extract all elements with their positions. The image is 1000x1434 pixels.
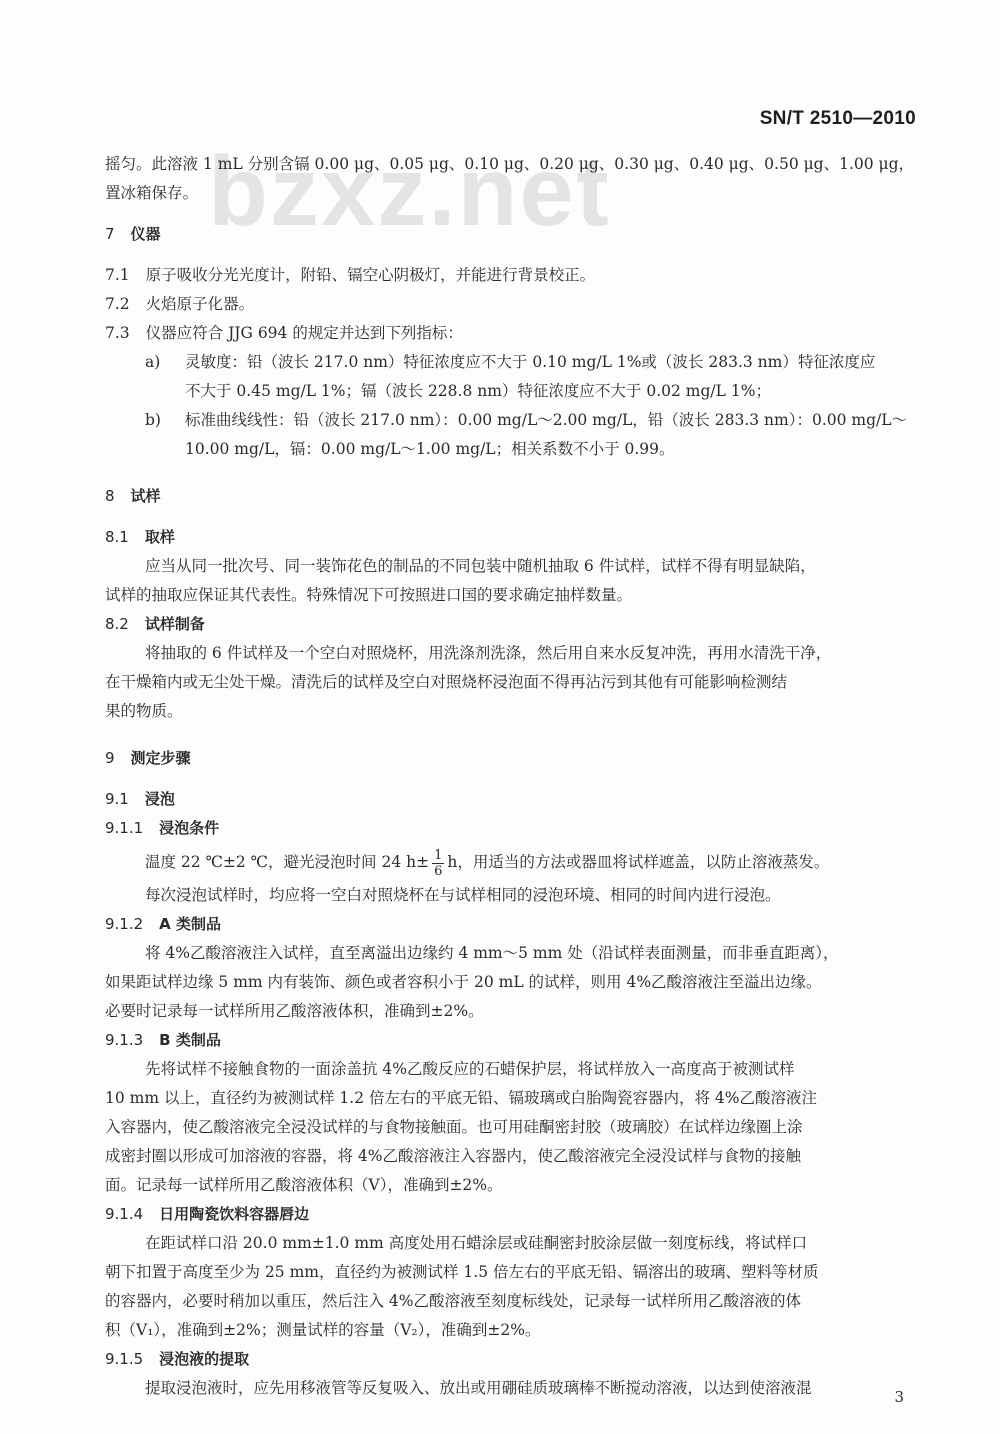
clause-7-3: 7.3仪器应符合 JJG 694 的规定并达到下列指标： (105, 319, 915, 348)
clause-9-1-5-heading: 9.1.5浸泡液的提取 (105, 1345, 915, 1374)
clause-7-2: 7.2火焰原子化器。 (105, 290, 915, 319)
text-line: 积（V₁），准确到±2%；测量试样的容量（V₂），准确到±2%。 (105, 1316, 915, 1345)
clause-9-1-4-heading: 9.1.4日用陶瓷饮料容器唇边 (105, 1200, 915, 1229)
text-line: 在干燥箱内或无尘处干燥。清洗后的试样及空白对照烧杯浸泡面不得再沾污到其他有可能影… (105, 668, 915, 697)
text-line: 置冰箱保存。 (105, 179, 915, 208)
clause-9-1-2-heading: 9.1.2A 类制品 (105, 910, 915, 939)
text-line: 不大于 0.45 mg/L 1%；镉（波长 228.8 nm）特征浓度应不大于 … (185, 377, 875, 406)
standard-code: SN/T 2510—2010 (760, 108, 916, 130)
document-page: SN/T 2510—2010 bzxz.net 摇匀。此溶液 1 mL 分别含镉… (0, 0, 1000, 1434)
section-7-heading: 7仪器 (105, 220, 915, 249)
text-line: 成密封圈以形成可加溶液的容器，将 4%乙酸溶液注入容器内，使乙酸溶液完全浸没试样… (105, 1142, 915, 1171)
text-line: 朝下扣置于高度至少为 25 mm，直径约为被测试样 1.5 倍左右的平底无铅、镉… (105, 1258, 915, 1287)
text-line: 提取浸泡液时，应先用移液管等反复吸入、放出或用硼硅质玻璃棒不断搅动溶液，以达到使… (105, 1374, 915, 1403)
text-line: 将抽取的 6 件试样及一个空白对照烧杯，用洗涤剂洗涤，然后用自来水反复冲洗，再用… (105, 639, 915, 668)
clause-9-1-3-heading: 9.1.3B 类制品 (105, 1026, 915, 1055)
list-item-a: a) 灵敏度：铅（波长 217.0 nm）特征浓度应不大于 0.10 mg/L … (105, 348, 915, 406)
text-line: 先将试样不接触食物的一面涂盖抗 4%乙酸反应的石蜡保护层，将试样放入一高度高于被… (105, 1055, 915, 1084)
text-line: 应当从同一批次号、同一装饰花色的制品的不同包装中随机抽取 6 件试样，试样不得有… (105, 552, 915, 581)
clause-7-1: 7.1原子吸收分光光度计，附铅、镉空心阴极灯，并能进行背景校正。 (105, 261, 915, 290)
text-line: 10.00 mg/L，镉：0.00 mg/L～1.00 mg/L；相关系数不小于… (185, 435, 907, 464)
section-9-heading: 9测定步骤 (105, 744, 915, 773)
clause-9-1-1-heading: 9.1.1浸泡条件 (105, 814, 915, 843)
text-line: 面。记录每一试样所用乙酸溶液体积（V），准确到±2%。 (105, 1171, 915, 1200)
fraction: 16 (432, 848, 444, 879)
text-line: 入容器内，使乙酸溶液完全浸没试样的与食物接触面。也可用硅酮密封胶（玻璃胶）在试样… (105, 1113, 915, 1142)
text-line: 摇匀。此溶液 1 mL 分别含镉 0.00 μg、0.05 μg、0.10 μg… (105, 150, 915, 179)
text-line: 标准曲线线性：铅（波长 217.0 nm）：0.00 mg/L～2.00 mg/… (185, 406, 907, 435)
text-line: 如果距试样边缘 5 mm 内有装饰、颜色或者容积小于 20 mL 的试样，则用 … (105, 968, 915, 997)
text-line: 灵敏度：铅（波长 217.0 nm）特征浓度应不大于 0.10 mg/L 1%或… (185, 348, 875, 377)
text-line-with-fraction: 温度 22 ℃±2 ℃，避光浸泡时间 24 h±16h，用适当的方法或器皿将试样… (105, 843, 915, 881)
text-line: 将 4%乙酸溶液注入试样，直至离溢出边缘约 4 mm～5 mm 处（沿试样表面测… (105, 939, 915, 968)
section-8-heading: 8试样 (105, 482, 915, 511)
clause-9-1-heading: 9.1浸泡 (105, 785, 915, 814)
list-item-b: b) 标准曲线线性：铅（波长 217.0 nm）：0.00 mg/L～2.00 … (105, 406, 915, 464)
text-line: 每次浸泡试样时，均应将一空白对照烧杯在与试样相同的浸泡环境、相同的时间内进行浸泡… (105, 881, 915, 910)
clause-8-2-heading: 8.2试样制备 (105, 610, 915, 639)
document-body: 摇匀。此溶液 1 mL 分别含镉 0.00 μg、0.05 μg、0.10 μg… (105, 150, 915, 1403)
clause-8-1-heading: 8.1取样 (105, 523, 915, 552)
text-line: 果的物质。 (105, 697, 915, 726)
text-line: 试样的抽取应保证其代表性。特殊情况下可按照进口国的要求确定抽样数量。 (105, 581, 915, 610)
text-line: 的容器内，必要时稍加以重压，然后注入 4%乙酸溶液至刻度标线处，记录每一试样所用… (105, 1287, 915, 1316)
continuation-paragraph: 摇匀。此溶液 1 mL 分别含镉 0.00 μg、0.05 μg、0.10 μg… (105, 150, 915, 208)
text-line: 10 mm 以上，直径约为被测试样 1.2 倍左右的平底无铅、镉玻璃或白胎陶瓷容… (105, 1084, 915, 1113)
text-line: 必要时记录每一试样所用乙酸溶液体积，准确到±2%。 (105, 997, 915, 1026)
text-line: 在距试样口沿 20.0 mm±1.0 mm 高度处用石蜡涂层或硅酮密封胶涂层做一… (105, 1229, 915, 1258)
